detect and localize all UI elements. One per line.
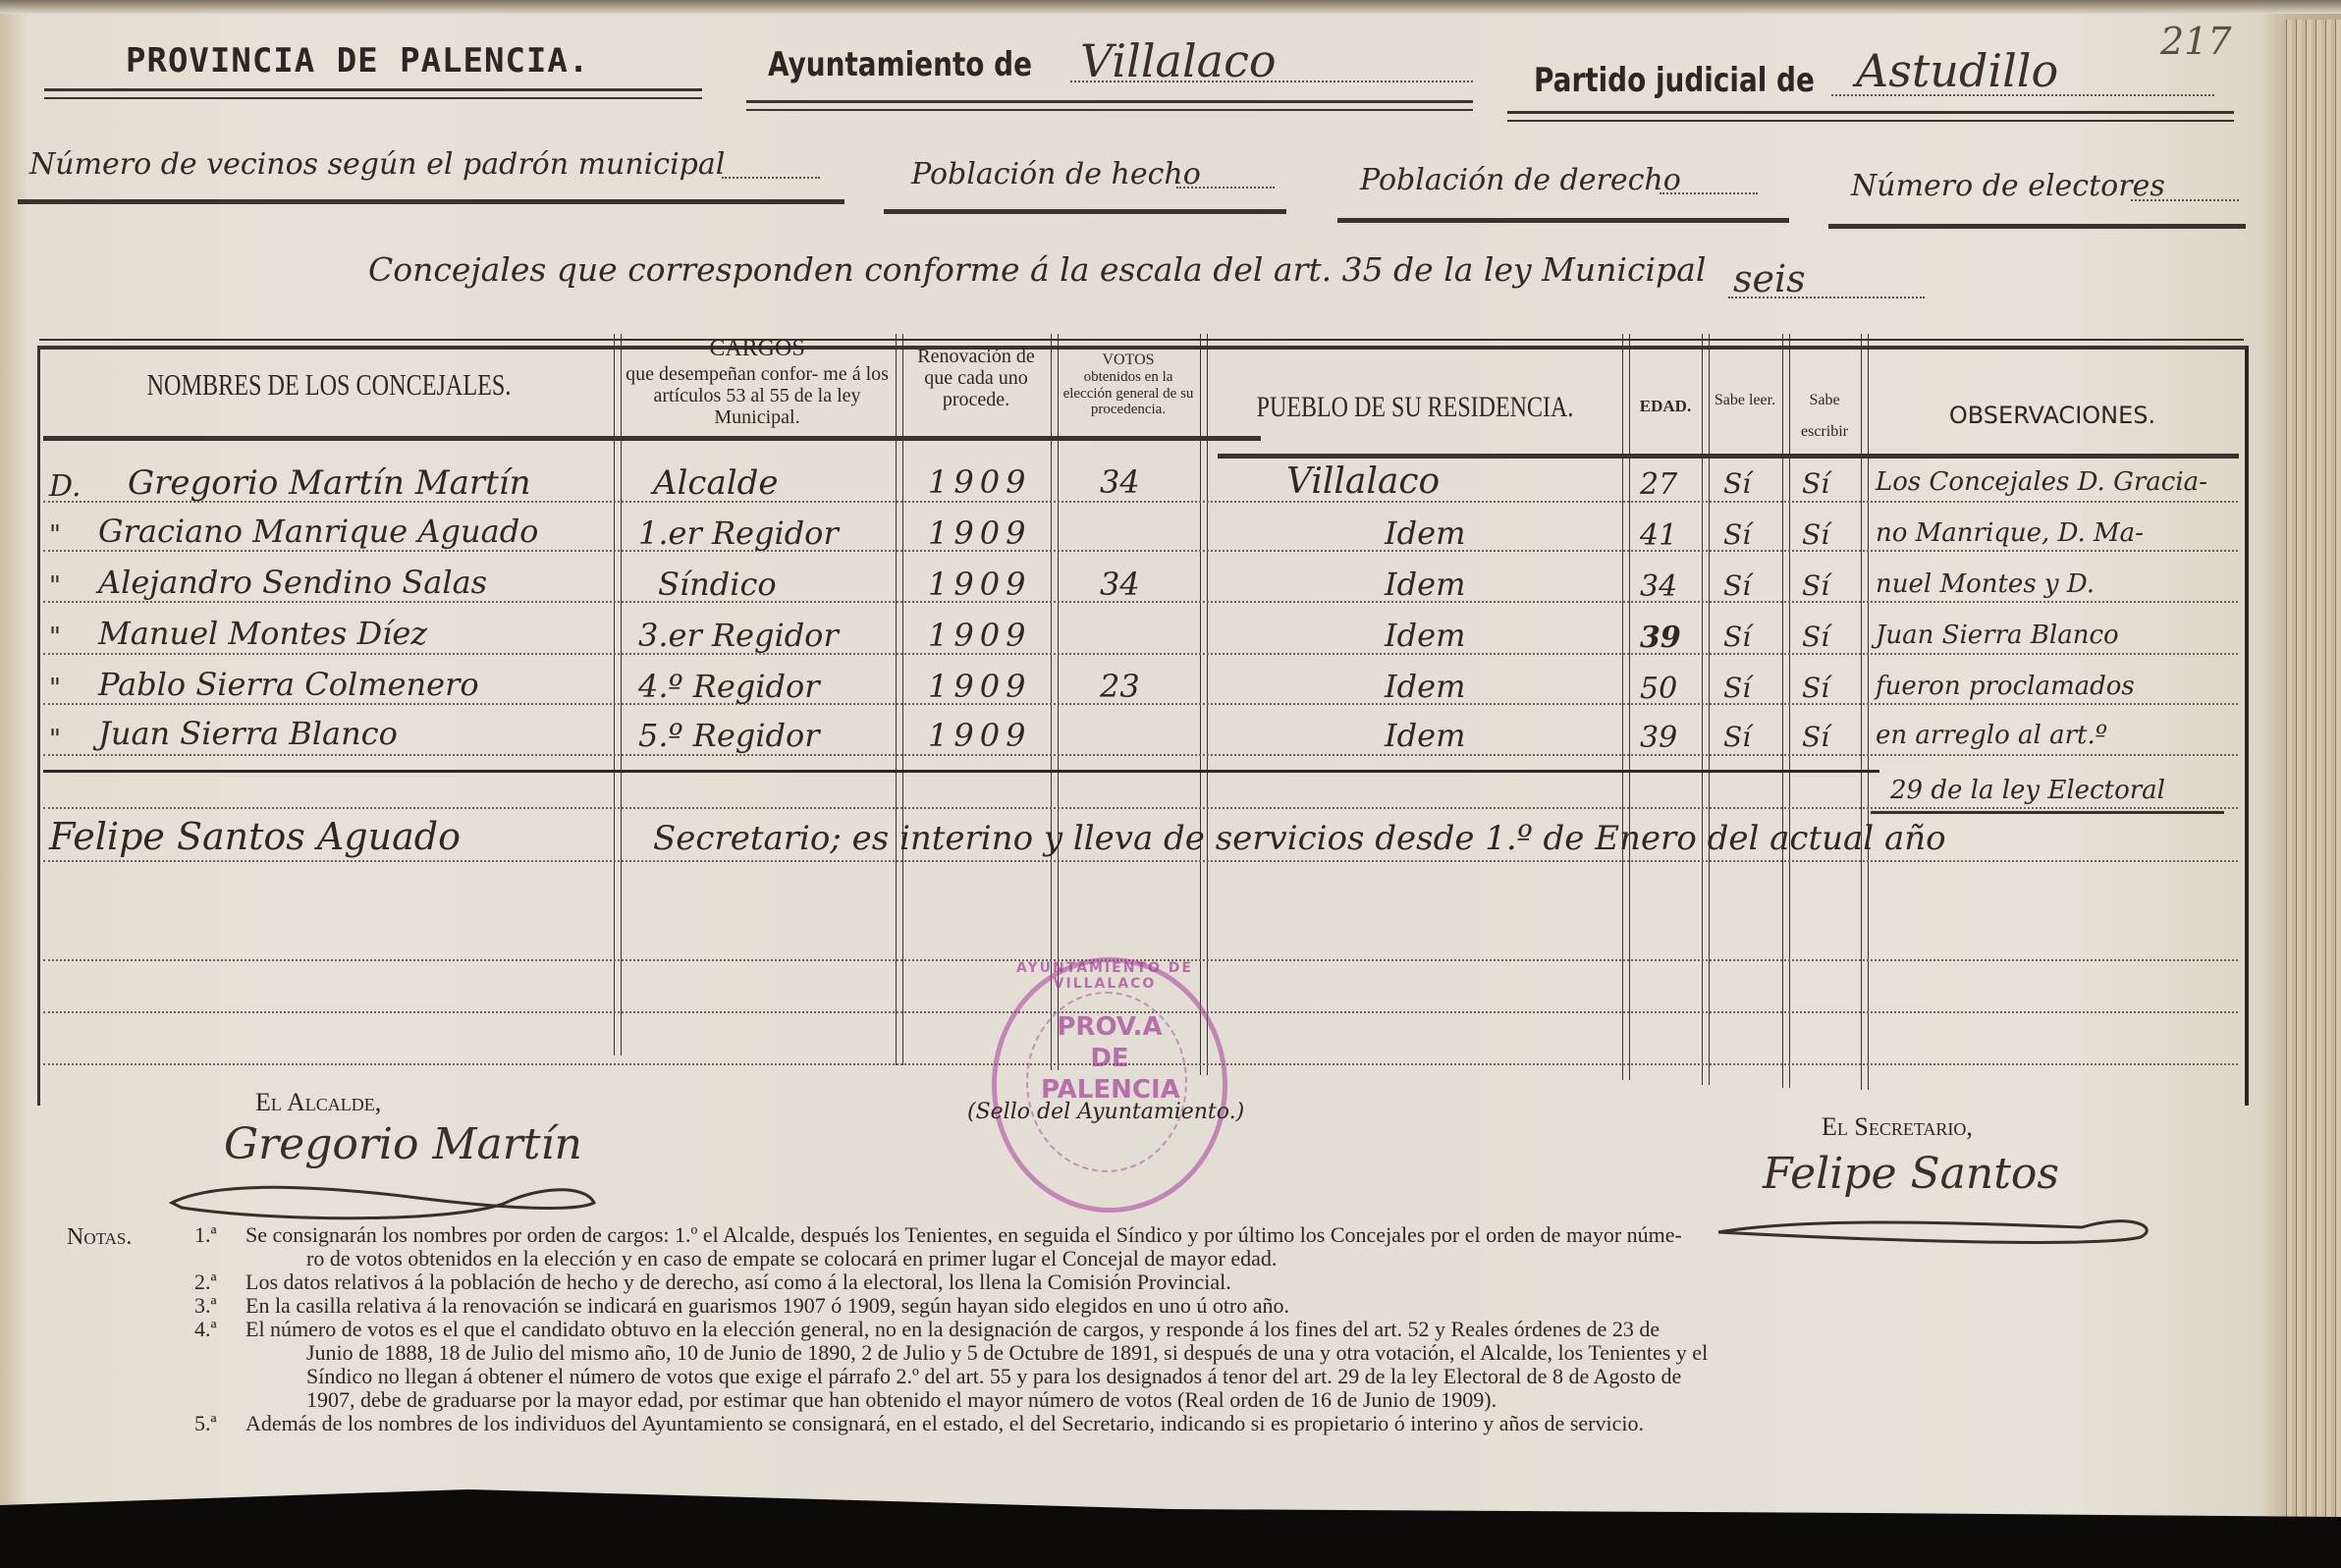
councillor-edad: 50	[1640, 672, 1677, 706]
partido-value: Astudillo	[1856, 44, 2058, 97]
document-page: PROVINCIA DE PALENCIA. Ayuntamiento de V…	[0, 0, 2341, 1568]
divider	[44, 88, 702, 99]
header-separator	[43, 436, 1261, 441]
col-divider	[896, 334, 903, 1065]
col-divider	[614, 334, 622, 1055]
sabe-escribir: Sí	[1802, 672, 1829, 704]
header-separator	[1218, 454, 2239, 459]
header-renovacion: Renovación de que cada uno procede.	[903, 346, 1049, 410]
secretario-label: El Secretario,	[1822, 1112, 1973, 1142]
divider	[884, 209, 1286, 214]
sabe-leer: Sí	[1723, 518, 1751, 551]
observacion-continuation: 29 de la ley Electoral	[1890, 776, 2165, 805]
councillor-renovacion: 1909	[928, 566, 1031, 603]
divider	[1337, 218, 1789, 223]
note-line: Se consignarán los nombres por orden de …	[245, 1223, 1682, 1247]
members-end-rule	[43, 770, 1879, 773]
divider	[1828, 224, 2246, 229]
divider	[746, 100, 1473, 111]
councillor-pueblo: Idem	[1385, 617, 1465, 654]
partido-label: Partido judicial de	[1534, 61, 1815, 100]
councillor-pueblo: Idem	[1385, 717, 1465, 754]
row-rule	[43, 807, 2238, 809]
note-number: 4.ª	[194, 1318, 217, 1341]
sello-label: (Sello del Ayuntamiento.)	[967, 1100, 1244, 1124]
councillor-name: Pablo Sierra Colmenero	[98, 666, 479, 703]
observacion: Juan Sierra Blanco	[1876, 621, 2119, 650]
note-line: El número de votos es el que el candidat…	[245, 1318, 1660, 1341]
sabe-escribir: Sí	[1802, 721, 1829, 753]
sabe-leer: Sí	[1723, 467, 1751, 500]
councillor-name: Gregorio Martín Martín	[128, 463, 531, 503]
header-votos-title: VOTOS	[1059, 351, 1198, 369]
derecho-label: Población de derecho	[1360, 163, 1681, 197]
name-prefix: "	[49, 520, 61, 550]
observacion: fueron proclamados	[1876, 672, 2135, 701]
note-line: ro de votos obtenidos en la elección y e…	[306, 1247, 1277, 1271]
row-rule	[43, 653, 2238, 655]
observacion: no Manrique, D. Ma-	[1876, 518, 2144, 548]
councillor-cargo: 5.º Regidor	[638, 717, 820, 754]
observacion: Los Concejales D. Gracia-	[1876, 467, 2207, 497]
row-rule	[43, 550, 2238, 552]
book-page-stack	[2282, 20, 2341, 1522]
secretario-name: Felipe Santos Aguado	[49, 815, 461, 858]
sabe-leer: Sí	[1723, 621, 1751, 653]
sabe-leer: Sí	[1723, 721, 1751, 753]
councillor-renovacion: 1909	[928, 514, 1031, 552]
col-divider	[1702, 334, 1710, 1085]
row-rule	[43, 754, 2238, 756]
councillor-name: Manuel Montes Díez	[98, 615, 427, 652]
councillor-edad: 34	[1640, 569, 1677, 604]
header-leer: Sabe leer.	[1711, 385, 1779, 416]
councillor-votos: 34	[1100, 463, 1140, 501]
sabe-leer: Sí	[1723, 672, 1751, 704]
row-rule	[43, 601, 2238, 603]
councillor-pueblo: Villalaco	[1286, 461, 1440, 502]
sabe-escribir: Sí	[1802, 621, 1829, 653]
header-edad: EDAD.	[1630, 398, 1701, 416]
councillor-cargo: Síndico	[658, 566, 777, 603]
name-prefix: "	[49, 571, 61, 601]
councillor-renovacion: 1909	[928, 463, 1031, 501]
divider	[1507, 111, 2234, 122]
header-pueblo: PUEBLO DE SU RESIDENCIA.	[1251, 391, 1579, 423]
councillor-cargo: 3.er Regidor	[638, 617, 839, 654]
sabe-escribir: Sí	[1802, 569, 1829, 602]
note-line: Síndico no llegan á obtener el número de…	[306, 1365, 1681, 1388]
ayuntamiento-value: Villalaco	[1080, 34, 1277, 87]
councillor-renovacion: 1909	[928, 617, 1031, 654]
councillor-name: Graciano Manrique Aguado	[98, 513, 538, 550]
derecho-field[interactable]	[1660, 192, 1758, 194]
note-line: 1907, debe de graduarse por la mayor eda…	[306, 1388, 1497, 1412]
note-number: 3.ª	[194, 1294, 217, 1318]
councillor-pueblo: Idem	[1385, 668, 1465, 705]
header-nombres: NOMBRES DE LOS CONCEJALES.	[115, 368, 544, 402]
header-votos-sub: obtenidos en la elección general de su p…	[1059, 369, 1198, 418]
note-line: Junio de 1888, 18 de Julio del mismo año…	[306, 1341, 1708, 1365]
councillor-cargo: Alcalde	[653, 463, 779, 503]
concejales-label: Concejales que corresponden conforme á l…	[368, 250, 1706, 289]
councillor-edad: 41	[1640, 518, 1677, 553]
page-number: 217	[2160, 20, 2232, 63]
secretario-signature: Felipe Santos	[1763, 1149, 2059, 1199]
sabe-escribir: Sí	[1802, 518, 1829, 551]
note-line: Además de los nombres de los individuos …	[245, 1412, 1644, 1435]
vecinos-label: Número de vecinos según el padrón munici…	[29, 147, 725, 182]
councillor-renovacion: 1909	[928, 668, 1031, 705]
name-prefix: "	[49, 622, 61, 652]
councillor-votos: 23	[1100, 668, 1140, 705]
notes-title: Notas.	[67, 1225, 132, 1249]
councillor-name: Alejandro Sendino Salas	[98, 564, 487, 601]
note-number: 5.ª	[194, 1412, 217, 1435]
row-rule	[43, 860, 2238, 862]
councillor-votos: 34	[1100, 566, 1140, 603]
ayuntamiento-label: Ayuntamiento de	[768, 45, 1032, 84]
row-rule	[43, 703, 2238, 705]
councillor-pueblo: Idem	[1385, 514, 1465, 552]
header-cargos-sub: que desempeñan confor- me á los artículo…	[621, 363, 894, 428]
table-top-rule	[39, 339, 2244, 341]
concejales-value: seis	[1733, 257, 1806, 300]
councillor-edad: 39	[1640, 621, 1681, 655]
header-cargos-title: CARGOS	[621, 336, 894, 361]
stamp-inner-text: PROV.A DE PALENCIA	[1041, 1011, 1178, 1106]
secretario-rubric	[1709, 1203, 2180, 1252]
name-prefix: D.	[49, 469, 82, 504]
hecho-label: Población de hecho	[911, 157, 1201, 191]
councillor-cargo: 1.er Regidor	[638, 514, 839, 552]
col-divider	[1782, 334, 1790, 1088]
name-prefix: "	[49, 725, 61, 754]
sabe-escribir: Sí	[1802, 467, 1829, 500]
councillor-edad: 27	[1640, 467, 1677, 502]
councillor-renovacion: 1909	[928, 717, 1031, 754]
councillor-name: Juan Sierra Blanco	[98, 715, 398, 752]
note-line: En la casilla relativa á la renovación s…	[245, 1294, 1289, 1318]
hecho-field[interactable]	[1176, 187, 1275, 189]
observacion: nuel Montes y D.	[1876, 569, 2095, 599]
alcalde-label: El Alcalde,	[255, 1088, 381, 1117]
electores-field[interactable]	[2131, 199, 2239, 201]
municipal-stamp: PROV.A DE PALENCIA AYUNTAMIENTO DE VILLA…	[992, 957, 1227, 1213]
note-number: 1.ª	[194, 1223, 217, 1247]
councillor-cargo: 4.º Regidor	[638, 668, 820, 705]
vecinos-field[interactable]	[722, 177, 820, 179]
observacion-underline	[1871, 811, 2224, 814]
divider	[18, 199, 844, 204]
note-number: 2.ª	[194, 1271, 217, 1294]
secretario-text: Secretario; es interino y lleva de servi…	[653, 819, 1946, 858]
alcalde-signature: Gregorio Martín	[224, 1119, 582, 1169]
header-observaciones: OBSERVACIONES.	[1871, 403, 2234, 428]
note-line: Los datos relativos á la población de he…	[245, 1271, 1231, 1294]
province-title: PROVINCIA DE PALENCIA.	[126, 41, 589, 81]
col-divider	[1622, 334, 1630, 1080]
book-top-edge	[0, 0, 2341, 14]
header-escribir: Sabe escribir	[1790, 385, 1859, 448]
scan-shadow	[0, 1489, 2341, 1568]
councillor-edad: 39	[1640, 721, 1677, 755]
electores-label: Número de electores	[1851, 169, 2165, 203]
councillor-pueblo: Idem	[1385, 566, 1465, 603]
sabe-leer: Sí	[1723, 569, 1751, 602]
name-prefix: "	[49, 674, 61, 703]
stamp-outer-text: AYUNTAMIENTO DE VILLALACO	[977, 960, 1232, 992]
col-divider	[1861, 334, 1869, 1090]
observacion: en arreglo al art.º	[1876, 721, 2107, 750]
